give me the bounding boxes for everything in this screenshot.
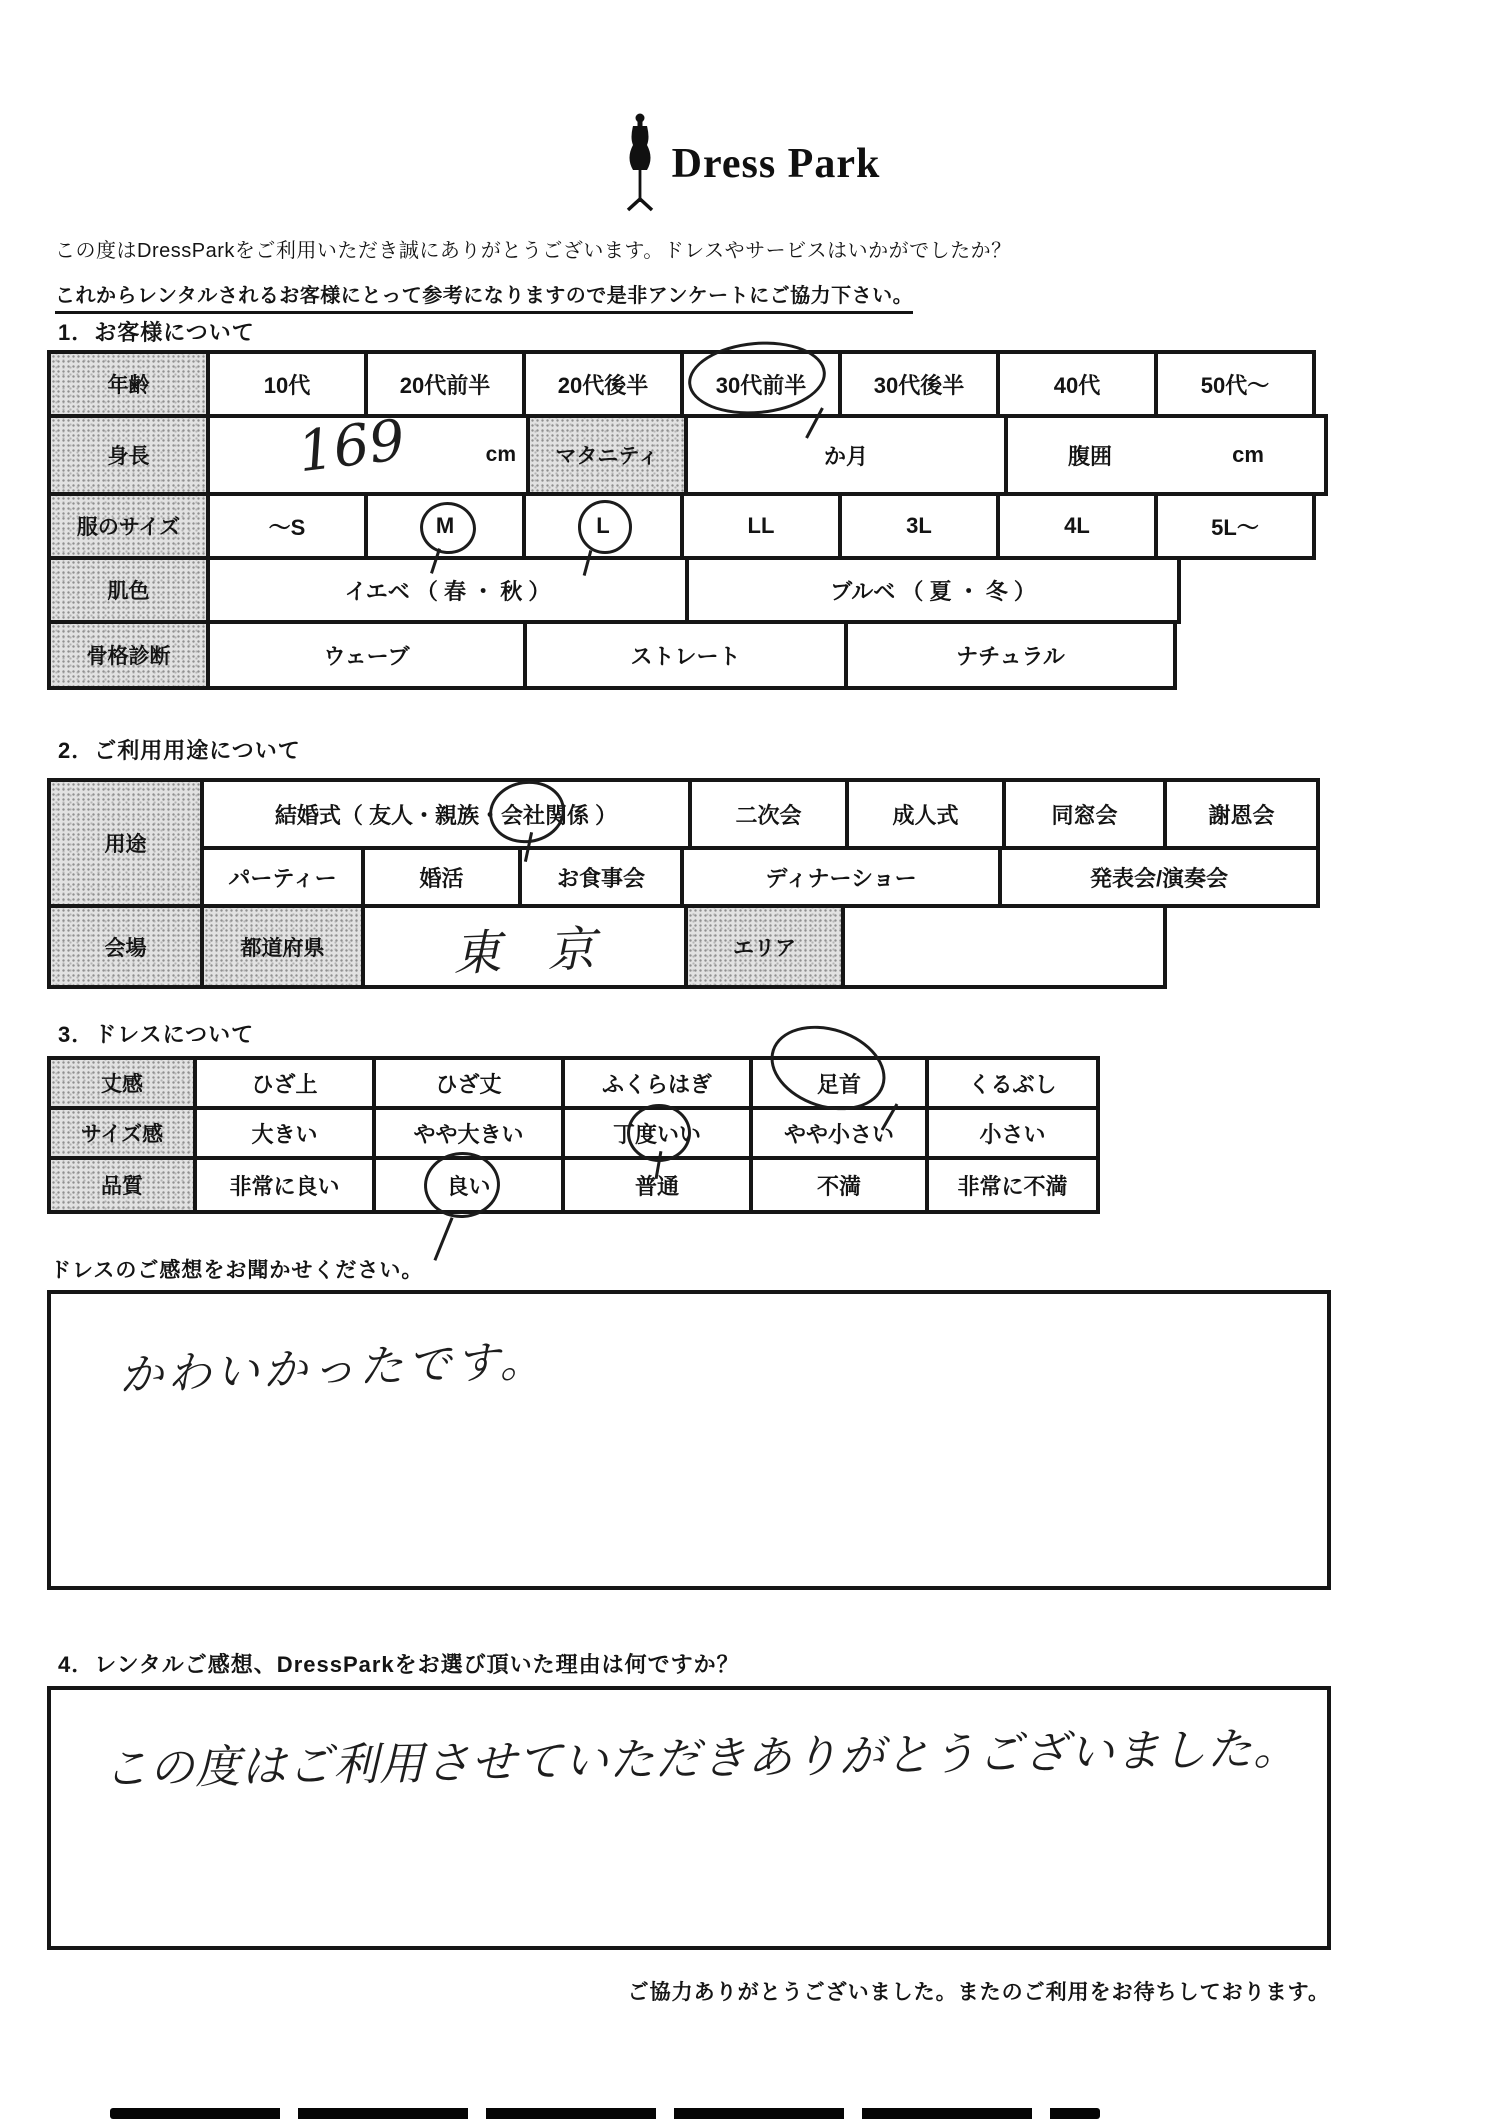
- section-1-heading: 1．お客様について: [58, 316, 255, 347]
- quality-option-very-dissatisfied[interactable]: 非常に不満: [925, 1156, 1100, 1214]
- wedding-text-circled: 会社: [501, 799, 545, 830]
- brand-logo: Dress Park: [0, 112, 1500, 216]
- length-row-label: 丈感: [47, 1056, 197, 1110]
- age-option-10s[interactable]: 10代: [206, 350, 368, 418]
- length-row: 丈感 ひざ上 ひざ丈 ふくらはぎ 足首 くるぶし: [47, 1056, 1100, 1110]
- waist-cell[interactable]: 腹囲 cm: [1004, 414, 1328, 496]
- quality-row: 品質 非常に良い 良い 普通 不満 非常に不満: [47, 1156, 1100, 1214]
- skeleton-option-natural[interactable]: ナチュラル: [844, 620, 1177, 690]
- section-2-heading: 2．ご利用用途について: [58, 734, 301, 765]
- purpose-table: 用途 結婚式（ 友人・親族・会社関係 ） 二次会 成人式 同窓会 謝恩会 パーテ…: [47, 778, 1320, 989]
- purpose-option-dinner[interactable]: お食事会: [518, 846, 684, 908]
- venue-row: 会場 都道府県 東京 エリア: [47, 904, 1320, 989]
- scan-artifact-bar: [110, 2108, 1100, 2119]
- size-option-l[interactable]: L: [522, 492, 684, 560]
- skeleton-option-wave[interactable]: ウェーブ: [206, 620, 527, 690]
- size-option-s[interactable]: ～S: [206, 492, 368, 560]
- age-option-20-early[interactable]: 20代前半: [364, 350, 526, 418]
- age-option-label: 30代前半: [716, 369, 806, 400]
- length-option-ankle[interactable]: 足首: [749, 1056, 929, 1110]
- venue-row-label: 会場: [47, 904, 204, 989]
- sizefit-text-circled: 度い: [635, 1118, 679, 1149]
- rental-comment-box[interactable]: この度はご利用させていただきありがとうございました。: [47, 1686, 1331, 1950]
- skeleton-row: 骨格診断 ウェーブ ストレート ナチュラル: [47, 620, 1328, 690]
- length-option-anklebone[interactable]: くるぶし: [925, 1056, 1100, 1110]
- size-option-4l[interactable]: 4L: [996, 492, 1158, 560]
- dress-form-icon: [620, 112, 660, 216]
- dress-comment-box[interactable]: かわいかったです。: [47, 1290, 1331, 1590]
- quality-option-label: 良い: [446, 1170, 490, 1201]
- skin-option-yellow-base[interactable]: イエベ （ 春 ・ 秋 ）: [206, 556, 689, 624]
- area-label: エリア: [684, 904, 845, 989]
- sizefit-option-small[interactable]: 小さい: [925, 1106, 1100, 1160]
- brand-name: Dress Park: [672, 140, 881, 188]
- wedding-text-post: 関係 ）: [545, 799, 617, 830]
- size-option-ll[interactable]: LL: [680, 492, 842, 560]
- skin-row-label: 肌色: [47, 556, 210, 624]
- purpose-option-recital[interactable]: 発表会/演奏会: [998, 846, 1320, 908]
- size-option-label: M: [436, 513, 454, 539]
- quality-option-dissatisfied[interactable]: 不満: [749, 1156, 929, 1214]
- maternity-months-cell[interactable]: か月: [684, 414, 1008, 496]
- quality-row-label: 品質: [47, 1156, 197, 1214]
- length-option-calf[interactable]: ふくらはぎ: [561, 1056, 753, 1110]
- rental-comment-handwritten: この度はご利用させていただきありがとうございました。: [103, 1712, 1300, 1798]
- sizefit-option-bit-big[interactable]: やや大きい: [372, 1106, 565, 1160]
- size-row: 服のサイズ ～S M L LL 3L 4L 5L～: [47, 492, 1328, 560]
- skin-option-blue-base[interactable]: ブルベ （ 夏 ・ 冬 ）: [685, 556, 1181, 624]
- section-3-heading: 3．ドレスについて: [58, 1018, 254, 1049]
- section-4-heading: 4．レンタルご感想、DressParkをお選び頂いた理由は何ですか？: [58, 1648, 740, 1679]
- age-option-40s[interactable]: 40代: [996, 350, 1158, 418]
- dress-comment-handwritten: かわいかったです。: [118, 1325, 548, 1404]
- prefecture-handwritten-value: 東京: [452, 909, 642, 985]
- sizefit-row: サイズ感 大きい やや大きい 丁度いい やや小さい 小さい: [47, 1106, 1100, 1160]
- size-option-3l[interactable]: 3L: [838, 492, 1000, 560]
- purpose-option-thanks-party[interactable]: 謝恩会: [1163, 778, 1320, 850]
- purpose-label: 用途: [47, 778, 204, 908]
- sizefit-option-bit-small[interactable]: やや小さい: [749, 1106, 929, 1160]
- purpose-option-reunion[interactable]: 同窓会: [1002, 778, 1167, 850]
- height-handwritten-value: 169: [294, 408, 408, 486]
- sizefit-option-big[interactable]: 大きい: [193, 1106, 376, 1160]
- purpose-row-1: 結婚式（ 友人・親族・会社関係 ） 二次会 成人式 同窓会 謝恩会: [204, 778, 1320, 850]
- purpose-option-matchmaking[interactable]: 婚活: [361, 846, 522, 908]
- age-option-30-late[interactable]: 30代後半: [838, 350, 1000, 418]
- length-option-knee[interactable]: ひざ丈: [372, 1056, 565, 1110]
- footer-text: ご協力ありがとうございました。またのご利用をお待ちしております。: [628, 1976, 1330, 2006]
- maternity-label: マタニティ: [526, 414, 688, 496]
- height-value-cell[interactable]: 169 cm: [206, 414, 530, 496]
- scanned-survey-page: Dress Park この度はDressParkをご利用いただき誠にありがとうご…: [0, 0, 1500, 2127]
- wedding-text-pre: 結婚式（ 友人・親族・: [275, 799, 501, 830]
- age-option-30-early[interactable]: 30代前半: [680, 350, 842, 418]
- skeleton-option-straight[interactable]: ストレート: [523, 620, 848, 690]
- purpose-row-2: パーティー 婚活 お食事会 ディナーショー 発表会/演奏会: [204, 846, 1320, 908]
- quality-option-very-good[interactable]: 非常に良い: [193, 1156, 376, 1214]
- quality-option-average[interactable]: 普通: [561, 1156, 753, 1214]
- size-row-label: 服のサイズ: [47, 492, 210, 560]
- dress-table: 丈感 ひざ上 ひざ丈 ふくらはぎ 足首 くるぶし サイズ感 大きい やや大きい …: [47, 1056, 1100, 1214]
- waist-unit: cm: [1232, 442, 1264, 468]
- length-option-label: 足首: [817, 1068, 861, 1099]
- height-row: 身長 169 cm マタニティ か月 腹囲 cm: [47, 414, 1328, 496]
- skeleton-row-label: 骨格診断: [47, 620, 210, 690]
- size-option-5l[interactable]: 5L～: [1154, 492, 1316, 560]
- sizefit-option-just-right[interactable]: 丁度いい: [561, 1106, 753, 1160]
- sizefit-text-post: い: [679, 1118, 701, 1149]
- height-unit: cm: [486, 443, 516, 467]
- waist-label: 腹囲: [1068, 440, 1112, 471]
- intro-line-2: これからレンタルされるお客様にとって参考になりますので是非アンケートにご協力下さ…: [55, 279, 913, 314]
- prefecture-value-cell[interactable]: 東京: [361, 904, 688, 989]
- sizefit-text-pre: 丁: [613, 1118, 635, 1149]
- purpose-option-wedding[interactable]: 結婚式（ 友人・親族・会社関係 ）: [200, 778, 692, 850]
- size-option-label: L: [596, 513, 609, 539]
- purpose-rows: 用途 結婚式（ 友人・親族・会社関係 ） 二次会 成人式 同窓会 謝恩会 パーテ…: [47, 778, 1320, 908]
- skin-row: 肌色 イエベ （ 春 ・ 秋 ） ブルベ （ 夏 ・ 冬 ）: [47, 556, 1328, 624]
- purpose-option-party[interactable]: パーティー: [200, 846, 365, 908]
- prefecture-label: 都道府県: [200, 904, 365, 989]
- dress-comment-prompt: ドレスのご感想をお聞かせください。: [50, 1254, 423, 1284]
- purpose-option-coming-of-age[interactable]: 成人式: [845, 778, 1006, 850]
- selection-circle-tail: [433, 1217, 453, 1261]
- age-row-label: 年齢: [47, 350, 210, 418]
- height-row-label: 身長: [47, 414, 210, 496]
- purpose-rows-right: 結婚式（ 友人・親族・会社関係 ） 二次会 成人式 同窓会 謝恩会 パーティー …: [204, 778, 1320, 908]
- purpose-option-dinner-show[interactable]: ディナーショー: [680, 846, 1002, 908]
- area-value-cell[interactable]: [841, 904, 1167, 989]
- purpose-option-afterparty[interactable]: 二次会: [688, 778, 849, 850]
- age-option-50s[interactable]: 50代～: [1154, 350, 1316, 418]
- age-row: 年齢 10代 20代前半 20代後半 30代前半 30代後半 40代 50代～: [47, 350, 1328, 418]
- length-option-above-knee[interactable]: ひざ上: [193, 1056, 376, 1110]
- quality-option-good[interactable]: 良い: [372, 1156, 565, 1214]
- customer-table: 年齢 10代 20代前半 20代後半 30代前半 30代後半 40代 50代～ …: [47, 350, 1328, 690]
- sizefit-row-label: サイズ感: [47, 1106, 197, 1160]
- age-option-20-late[interactable]: 20代後半: [522, 350, 684, 418]
- size-option-m[interactable]: M: [364, 492, 526, 560]
- intro-line-1: この度はDressParkをご利用いただき誠にありがとうございます。ドレスやサー…: [55, 234, 1012, 263]
